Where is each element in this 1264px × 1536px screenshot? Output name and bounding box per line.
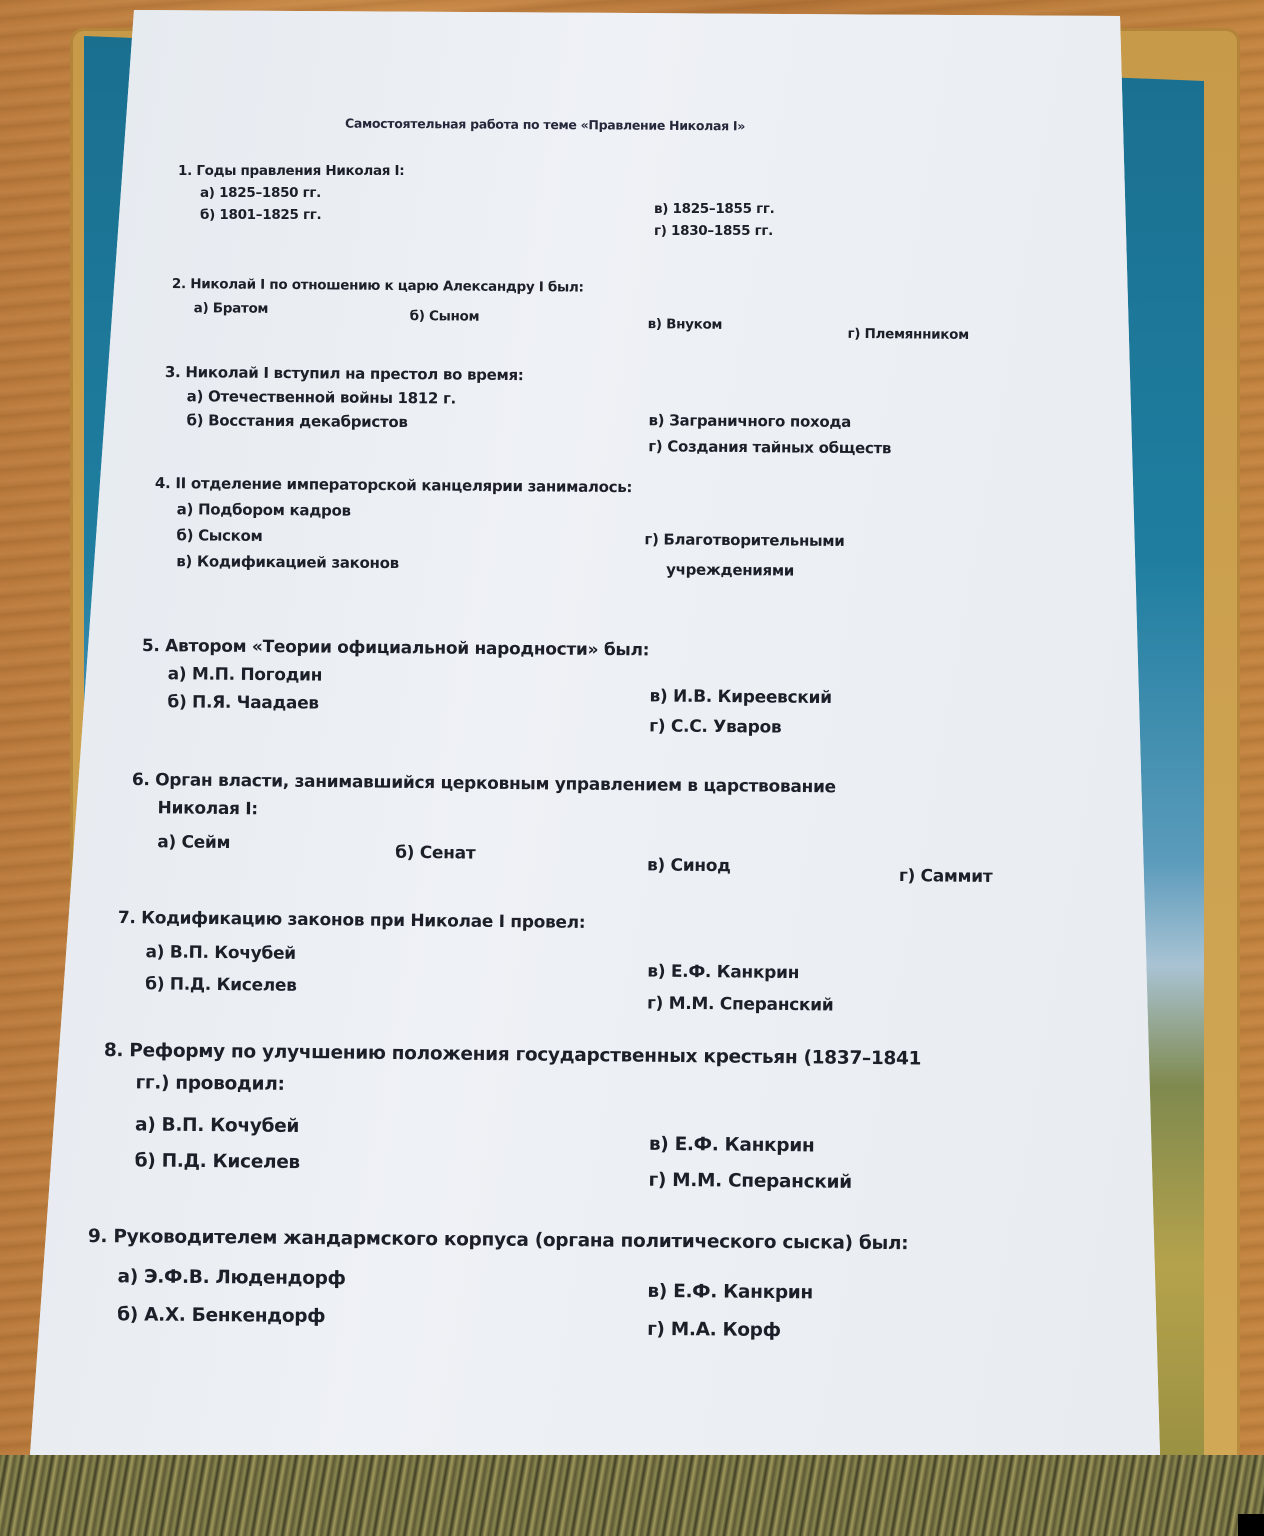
- worksheet-title: Самостоятельная работа по теме «Правлени…: [345, 116, 745, 134]
- question-8-option-v: в) Е.Ф. Канкрин: [649, 1134, 815, 1157]
- question-4-option-g: г) Благотворительными: [644, 530, 844, 550]
- question-7-text: 7. Кодификацию законов при Николае I про…: [118, 908, 586, 933]
- question-9-text: 9. Руководителем жандармского корпуса (о…: [88, 1226, 909, 1254]
- question-4-option-b: б) Сыском: [176, 526, 262, 545]
- question-7-option-b: б) П.Д. Киселев: [145, 974, 297, 996]
- question-6-text: 6. Орган власти, занимавшийся церковным …: [132, 770, 836, 797]
- question-1-option-g: г) 1830–1855 гг.: [654, 223, 773, 239]
- question-5-option-a: а) М.П. Погодин: [168, 664, 323, 685]
- question-3-option-b: б) Восстания декабристов: [186, 411, 407, 431]
- question-6-option-b: б) Сенат: [395, 843, 475, 864]
- question-9-option-g: г) М.А. Корф: [647, 1319, 781, 1341]
- question-5-text: 5. Автором «Теории официальной народност…: [142, 636, 649, 660]
- question-1-option-a: а) 1825–1850 гг.: [200, 185, 321, 201]
- question-3-option-g: г) Создания тайных обществ: [648, 437, 891, 457]
- question-1-text: 1. Годы правления Николая I:: [178, 163, 404, 179]
- question-3-option-a: а) Отечественной войны 1812 г.: [187, 387, 456, 407]
- worksheet-content: Самостоятельная работа по теме «Правлени…: [0, 0, 1264, 1536]
- question-7-option-g: г) М.М. Сперанский: [647, 994, 834, 1016]
- question-5-option-b: б) П.Я. Чаадаев: [167, 692, 319, 713]
- question-1-option-v: в) 1825–1855 гг.: [654, 201, 774, 217]
- question-3-text: 3. Николай I вступил на престол во время…: [165, 363, 524, 384]
- question-2-text: 2. Николай I по отношению к царю Алексан…: [172, 276, 584, 296]
- question-2-option-v: в) Внуком: [648, 316, 723, 333]
- question-8-option-a: а) В.П. Кочубей: [135, 1114, 299, 1137]
- question-4-option-g-continued: учреждениями: [666, 560, 794, 579]
- question-2-option-a: а) Братом: [194, 300, 269, 317]
- question-2-option-g: г) Племянником: [847, 326, 968, 343]
- question-5-option-g: г) С.С. Уваров: [649, 716, 781, 737]
- question-5-option-v: в) И.В. Киреевский: [649, 686, 831, 708]
- question-9-option-v: в) Е.Ф. Канкрин: [647, 1281, 813, 1303]
- question-6-option-g: г) Саммит: [899, 866, 993, 887]
- question-6-option-a: а) Сейм: [157, 832, 230, 853]
- question-8-option-g: г) М.М. Сперанский: [648, 1170, 852, 1193]
- question-4-option-a: а) Подбором кадров: [177, 500, 351, 520]
- question-8-text-continued: гг.) проводил:: [135, 1072, 284, 1095]
- question-6-option-v: в) Синод: [647, 855, 731, 876]
- question-1-option-b: б) 1801–1825 гг.: [200, 207, 321, 223]
- question-9-option-b: б) А.Х. Бенкендорф: [117, 1304, 325, 1327]
- question-4-option-v: в) Кодификацией законов: [176, 552, 399, 572]
- image-corner-artifact: [1238, 1514, 1264, 1536]
- question-6-text-continued: Николая I:: [157, 798, 257, 819]
- question-8-text: 8. Реформу по улучшению положения госуда…: [104, 1040, 922, 1070]
- question-8-option-b: б) П.Д. Киселев: [135, 1150, 300, 1173]
- question-2-option-b: б) Сыном: [410, 308, 480, 325]
- question-4-text: 4. II отделение императорской канцелярии…: [155, 474, 632, 496]
- question-9-option-a: а) Э.Ф.В. Людендорф: [117, 1266, 345, 1289]
- question-7-option-a: а) В.П. Кочубей: [145, 942, 296, 964]
- question-7-option-v: в) Е.Ф. Канкрин: [647, 962, 799, 984]
- question-3-option-v: в) Заграничного похода: [648, 411, 851, 431]
